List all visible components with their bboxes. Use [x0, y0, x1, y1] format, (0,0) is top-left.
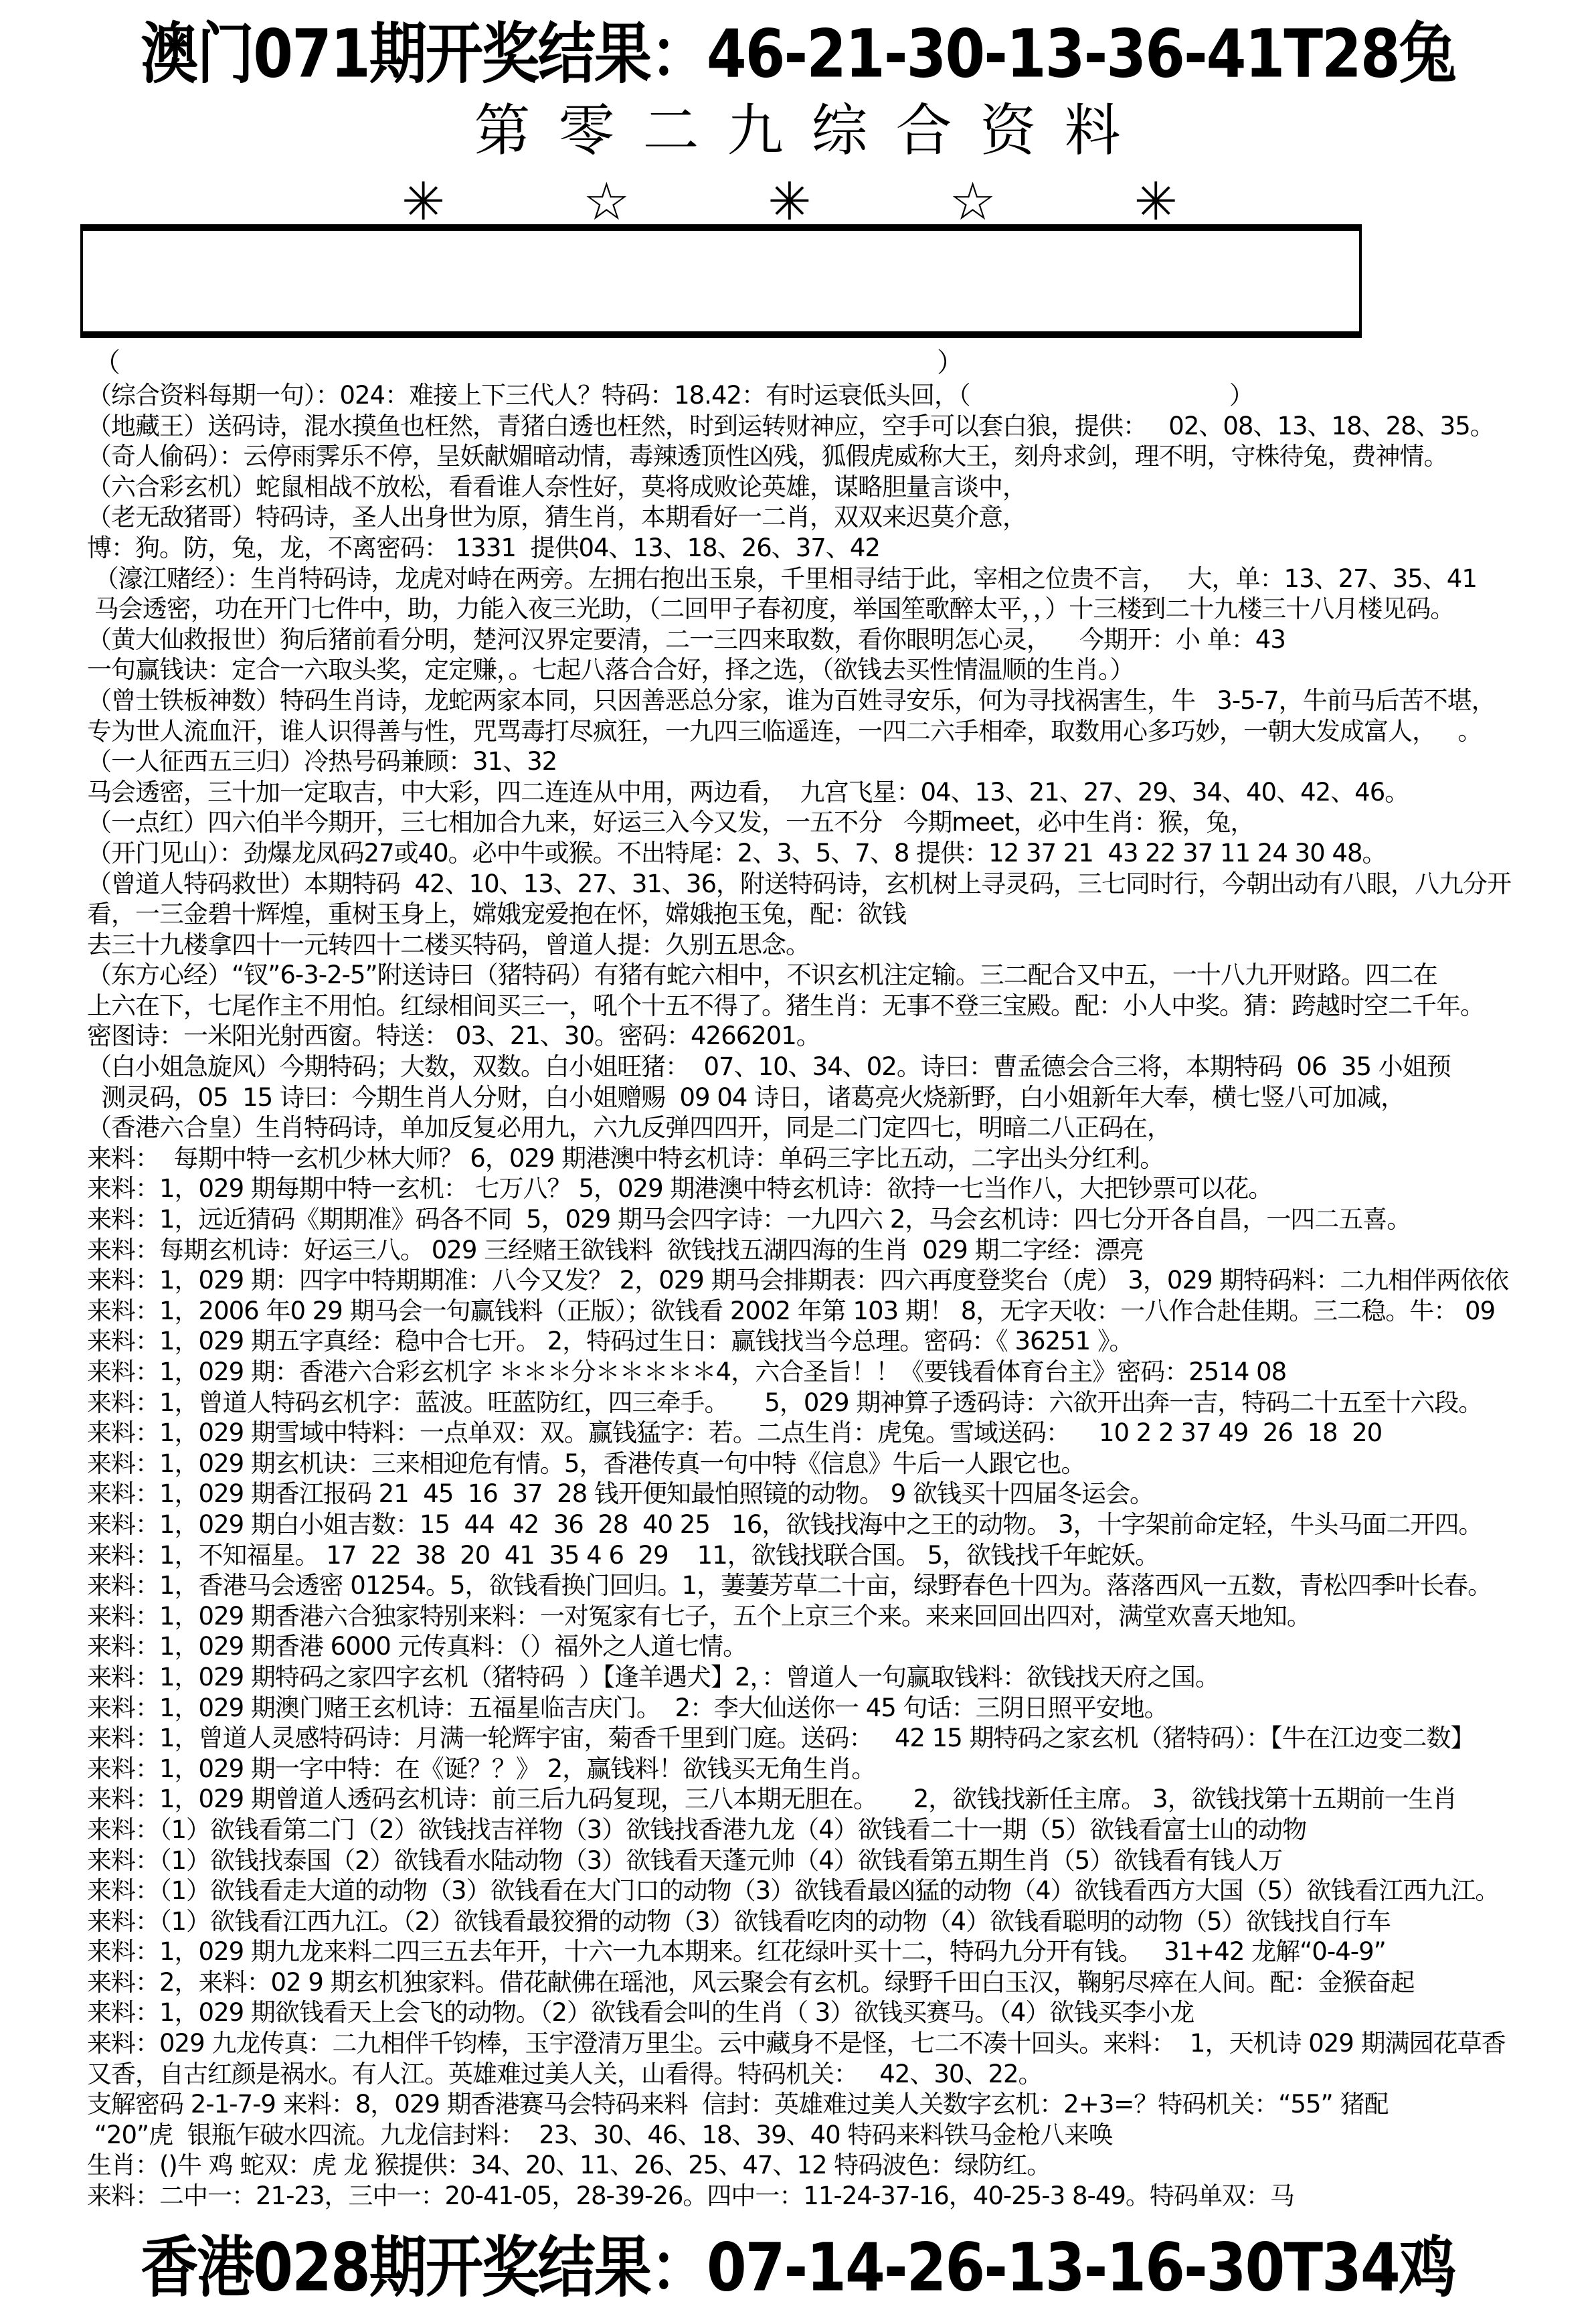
text-line: 来料：1，远近猜码《期期准》码各不同 5，029 期马会四字诗：一九四六 2，马… [87, 1204, 1526, 1235]
asterisk-star-icon: ✳ [1134, 175, 1178, 229]
text-line: 来料：1，029 期雪域中特料：一点单双：双。赢钱猛字：若。二点生肖：虎兔。雪域… [87, 1418, 1526, 1449]
text-line: （奇人偷码）：云停雨霁乐不停，呈妖献媚暗动情，毒辣透顶性凶残，狐假虎威称大王，刻… [87, 441, 1526, 472]
text-line: 又香，自古红颜是祸水。有人江。英雄难过美人关，山看得。特码机关： 42、30、2… [87, 2059, 1526, 2090]
text-line: 看，一三金碧十辉煌，重树玉身上，嫦娥宠爱抱在怀，嫦娥抱玉兔，配：欲钱 [87, 899, 1526, 930]
text-line: 来料：029 九龙传真：二九相伴千钧棒，玉宇澄清万里尘。云中藏身不是怪，七二不凑… [87, 2028, 1526, 2059]
text-line: （黄大仙救报世）狗后猪前看分明，楚河汉界定要清，二一三四来取数，看你眼明怎心灵，… [87, 625, 1526, 655]
outline-star-icon: ☆ [583, 175, 630, 229]
text-line: 来料：（1）欲钱看走大道的动物（3）欲钱看在大门口的动物（3）欲钱看最凶猛的动物… [87, 1876, 1526, 1906]
text-line: “20”虎 银瓶乍破水四流。九龙信封料： 23、30、46、18、39、40 特… [87, 2120, 1526, 2151]
text-line: 去三十九楼拿四十一元转四十二楼买特码，曾道人提：久别五思念。 [87, 930, 1526, 961]
text-line: 来料：1，香港马会透密 01254。5，欲钱看换门回归。1，萋萋芳草二十亩，绿野… [87, 1570, 1526, 1601]
text-line: 专为世人流血汗，谁人识得善与性，咒骂毒打尽疯狂，一九四三临遥连，一四二六手相牵，… [87, 716, 1526, 747]
text-line: 来料：1，029 期：四字中特期期准：八今又发？ 2，029 期马会排期表：四六… [87, 1265, 1526, 1296]
text-line: （开门见山）：劲爆龙凤码27或40。必中牛或猴。不出特尾：2、3、5、7、8 提… [87, 838, 1526, 869]
text-line: （一点红）四六伯半今期开，三七相加合九来，好运三入今又发，一五不分 今期meet… [87, 807, 1526, 838]
tips-text-body: （综合资料每期一句）：024：难接上下三代人？特码：18.42：有时运衰低头回，… [87, 380, 1526, 2212]
text-line: （综合资料每期一句）：024：难接上下三代人？特码：18.42：有时运衰低头回，… [87, 380, 1526, 411]
macau-draw-result-title: 澳门071期开奖结果：46-21-30-13-36-41T28兔 [0, 12, 1596, 97]
text-line: 来料：1，029 期香港 6000 元传真料：（）福外之人道七情。 [87, 1631, 1526, 1662]
text-line: 来料：1，029 期白小姐吉数：15 44 42 36 28 40 25 16，… [87, 1509, 1526, 1540]
text-line: 来料：1，029 期曾道人透码玄机诗：前三后九码复现，三八本期无胆在。 2，欲钱… [87, 1784, 1526, 1815]
text-line: 博：狗。防，兔，龙，不离密码： 1331 提供04、13、18、26、37、42 [87, 533, 1526, 564]
blank-parenthesis-row: （ ） [94, 341, 964, 382]
text-line: 来料：1，029 期九龙来料二四三五去年开，十六一九本期来。红花绿叶买十二，特码… [87, 1936, 1526, 1967]
text-line: 来料：1，029 期特码之家四字玄机（猪特码 ）【逢羊遇犬】2，：曾道人一句赢取… [87, 1662, 1526, 1693]
text-line: （一人征西五三归）冷热号码兼顾：31、32 [87, 746, 1526, 777]
text-line: 来料：（1）欲钱看江西九江。（2）欲钱看最狡猾的动物（3）欲钱看吃肉的动物（4）… [87, 1906, 1526, 1937]
asterisk-star-icon: ✳ [402, 175, 445, 229]
text-line: 来料：1，2006 年0 29 期马会一句赢钱料（正版）；欲钱看 2002 年第… [87, 1296, 1526, 1327]
text-line: 来料：1，029 期每期中特一玄机： 七万八？ 5，029 期港澳中特玄机诗：欲… [87, 1173, 1526, 1204]
text-line: 来料：1，曾道人特码玄机字：蓝波。旺蓝防红，四三牵手。 5，029 期神算子透码… [87, 1388, 1526, 1418]
text-line: 来料：1，029 期香江报码 21 45 16 37 28 钱开便知最怕照镜的动… [87, 1479, 1526, 1509]
open-paren: （ [94, 341, 120, 382]
close-paren: ） [937, 341, 964, 382]
hongkong-draw-result-title: 香港028期开奖结果：07-14-26-13-16-30T34鸡 [0, 2226, 1596, 2311]
text-line: 来料：每期玄机诗：好运三八。 029 三经赌王欲钱料 欲钱找五湖四海的生肖 02… [87, 1235, 1526, 1266]
text-line: 来料：1，029 期：香港六合彩玄机字 ＊＊＊分＊＊＊＊＊4，六合圣旨！！《要钱… [87, 1357, 1526, 1388]
text-line: 马会透密，功在开门七件中，助，力能入夜三光助，（二回甲子春初度，举国笙歌醉太平，… [87, 594, 1526, 625]
text-line: 来料：1，不知福星。 17 22 38 20 41 35 4 6 29 11，欲… [87, 1540, 1526, 1571]
text-line: 来料：1，029 期香港六合独家特别来料：一对冤家有七子，五个上京三个来。来来回… [87, 1601, 1526, 1632]
text-line: 来料：（1）欲钱看第二门（2）欲钱找吉祥物（3）欲钱找香港九龙（4）欲钱看二十一… [87, 1815, 1526, 1845]
star-decoration-row: ✳ ☆ ✳ ☆ ✳ [402, 175, 1178, 229]
issue-title: 第零二九综合资料 [0, 94, 1596, 167]
text-line: 来料： 每期中特一玄机少林大师？ 6，029 期港澳中特玄机诗：单码三字比五动，… [87, 1143, 1526, 1174]
text-line: 来料：1，029 期澳门赌王玄机诗：五福星临吉庆门。 2：李大仙送你一 45 句… [87, 1693, 1526, 1724]
text-line: （东方心经）“钗”6-3-2-5”附送诗曰（猪特码）有猪有蛇六相中，不识玄机注定… [87, 960, 1526, 991]
text-line: 生肖：()牛 鸡 蛇双：虎 龙 猴提供：34、20、11、26、25、47、12… [87, 2150, 1526, 2181]
text-line: 支解密码 2-1-7-9 来料：8，029 期香港赛马会特码来料 信封：英雄难过… [87, 2089, 1526, 2120]
text-line: 来料：1，029 期欲钱看天上会飞的动物。（2）欲钱看会叫的生肖（ 3）欲钱买赛… [87, 1997, 1526, 2028]
text-line: 来料：（1）欲钱找泰国（2）欲钱看水陆动物（3）欲钱看天蓬元帅（4）欲钱看第五期… [87, 1845, 1526, 1876]
outline-star-icon: ☆ [950, 175, 996, 229]
text-line: 来料：二中一：21-23，三中一：20-41-05，28-39-26。四中一：1… [87, 2181, 1526, 2212]
text-line: （濠江赌经）：生肖特码诗，龙虎对峙在两旁。左拥右抱出玉泉，千里相寻结于此，宰相之… [87, 564, 1526, 594]
text-line: 来料：2，来料：02 9 期玄机独家料。借花献佛在瑶池，风云聚会有玄机。绿野千田… [87, 1967, 1526, 1998]
text-line: （六合彩玄机）蛇鼠相战不放松，看看谁人奈性好，莫将成败论英雄，谋略胆量言谈中， [87, 472, 1526, 503]
text-line: 一句赢钱诀：定合一六取头奖，定定赚，。七起八落合合好，择之选，（欲钱去买性情温顺… [87, 655, 1526, 685]
text-line: （香港六合皇）生肖特码诗，单加反复必用九，六九反弹四四开，同是二门定四七，明暗二… [87, 1112, 1526, 1143]
text-line: 来料：1，曾道人灵感特码诗：月满一轮辉宇宙，菊香千里到门庭。送码： 42 15 … [87, 1723, 1526, 1754]
text-line: 来料：1，029 期玄机诀：三来相迎危有情。5，香港传真一句中特《信息》牛后一人… [87, 1449, 1526, 1479]
text-line: 来料：1，029 期五字真经：稳中合七开。 2，特码过生日：赢钱找当今总理。密码… [87, 1326, 1526, 1357]
text-line: 来料：1，029 期一字中特：在《诞？？》 2，赢钱料！欲钱买无角生肖。 [87, 1754, 1526, 1785]
text-line: （曾士铁板神数）特码生肖诗，龙蛇两家本同，只因善恶总分家，谁为百姓寻安乐，何为寻… [87, 685, 1526, 716]
text-line: 测灵码，05 15 诗曰：今期生肖人分财，白小姐赠赐 09 04 诗日，诸葛亮火… [87, 1082, 1526, 1113]
text-line: （白小姐急旋风）今期特码；大数，双数。白小姐旺猪： 07、10、34、02。诗曰… [87, 1052, 1526, 1082]
text-line: （曾道人特码救世）本期特码 42、10、13、27、31、36，附送特码诗，玄机… [87, 869, 1526, 900]
asterisk-star-icon: ✳ [768, 175, 811, 229]
text-line: （地藏王）送码诗，混水摸鱼也枉然，青猪白透也枉然，时到运转财神应，空手可以套白狼… [87, 411, 1526, 442]
text-line: （老无敌猪哥）特码诗，圣人出身世为原，猜生肖，本期看好一二肖，双双来迟莫介意， [87, 502, 1526, 533]
text-line: 密图诗：一米阳光射西窗。特送： 03、21、30。密码：4266201。 [87, 1021, 1526, 1052]
text-line: 马会透密，三十加一定取吉，中大彩，四二连连从中用，两边看， 九宫飞星：04、13… [87, 777, 1526, 808]
text-line: 上六在下，七尾作主不用怕。红绿相间买三一，吼个十五不得了。猪生肖：无事不登三宝殿… [87, 991, 1526, 1021]
blank-banner-box [80, 224, 1362, 338]
